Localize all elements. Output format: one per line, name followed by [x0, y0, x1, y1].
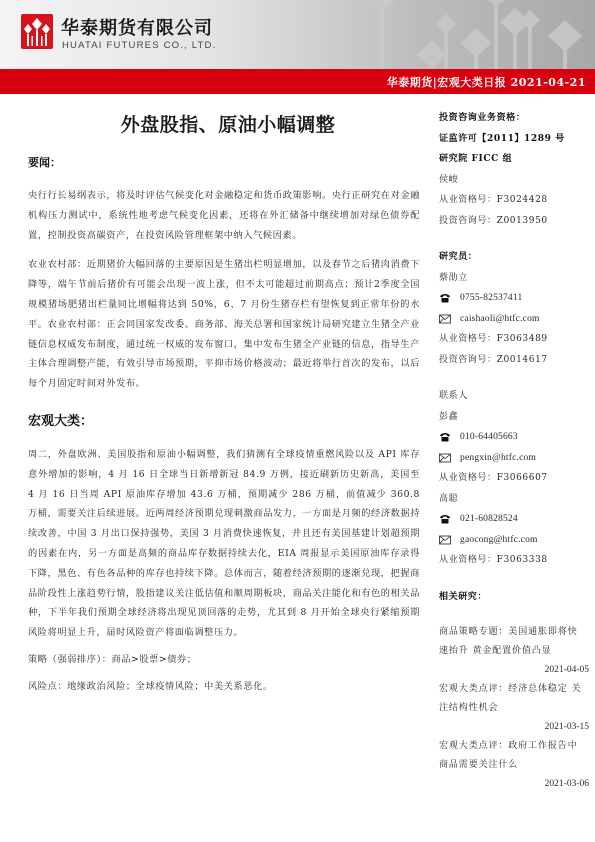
lead-consult-number: 投资咨询号：Z0013950 — [439, 211, 589, 232]
researcher-email[interactable]: caishaoli@htfc.com — [439, 309, 589, 330]
page-title: 外盘股指、原油小幅调整 — [36, 108, 420, 142]
related-research-item[interactable]: 宏观大类点评：经济总体稳定 关注结构性机会 2021-03-15 — [439, 680, 589, 737]
contact-phone-number: 010-64405663 — [460, 427, 518, 448]
related-research-item[interactable]: 宏观大类点评：政府工作报告中商品需要关注什么 2021-03-06 — [439, 737, 589, 794]
company-name-cn: 华泰期货有限公司 — [61, 14, 213, 40]
related-research-title[interactable]: 宏观大类点评：经济总体稳定 关注结构性机会 — [439, 680, 585, 718]
news-paragraph: 农业农村部：近期猪价大幅回落的主要原因是生猪出栏明显增加，以及春节之后猪肉消费下… — [28, 255, 420, 394]
report-series-date: 华泰期货|宏观大类日报 2021-04-21 — [387, 74, 586, 90]
strategy-text: 策略（强弱排序）：商品>股票>债券； — [28, 650, 420, 670]
researcher-phone-number: 0755-82537411 — [460, 288, 522, 309]
report-header: 华泰期货有限公司 HUATAI FUTURES CO., LTD. — [0, 0, 595, 69]
news-heading: 要闻： — [28, 154, 420, 170]
lead-practice-number: 从业资格号：F3024428 — [439, 190, 589, 211]
contact-email[interactable]: gaocong@htfc.com — [439, 530, 589, 551]
qualification-label: 投资咨询业务资格： — [439, 108, 589, 129]
contact-phone-number: 021-60828524 — [460, 509, 518, 530]
news-paragraph: 央行行长易纲表示，将及时评估气候变化对金融稳定和货币政策影响。央行正研究在对金融… — [28, 186, 420, 245]
researcher-email-address[interactable]: caishaoli@htfc.com — [460, 309, 540, 330]
contact-phone: 021-60828524 — [439, 509, 589, 530]
author-sidebar: 投资咨询业务资格： 证监许可【2011】1289 号 研究院 FICC 组 侯峻… — [439, 108, 589, 794]
contact-practice-number: 从业资格号：F3066607 — [439, 468, 589, 489]
macro-heading: 宏观大类： — [28, 410, 420, 429]
contact-practice-number: 从业资格号：F3063338 — [439, 550, 589, 571]
related-research-item[interactable]: 商品策略专题：美国通胀即将快速抬升 黄金配置价值凸显 2021-04-05 — [439, 623, 589, 680]
contact-phone: 010-64405663 — [439, 427, 589, 448]
contact-email[interactable]: pengxin@htfc.com — [439, 448, 589, 469]
main-content: 外盘股指、原油小幅调整 要闻： 央行行长易纲表示，将及时评估气候变化对金融稳定和… — [28, 108, 420, 697]
related-research-date: 2021-03-15 — [439, 718, 589, 737]
researcher-label: 研究员： — [439, 247, 589, 268]
related-research-date: 2021-03-06 — [439, 775, 589, 794]
huatai-logo-icon — [21, 14, 53, 49]
department: 研究院 FICC 组 — [439, 149, 589, 170]
phone-icon — [439, 293, 451, 303]
macro-paragraph: 周二，外盘欧洲、美国股指和原油小幅调整，我们猜测有全球疫情重燃风险以及 API … — [28, 445, 420, 643]
related-research-title[interactable]: 商品策略专题：美国通胀即将快速抬升 黄金配置价值凸显 — [439, 623, 585, 661]
report-banner: 华泰期货|宏观大类日报 2021-04-21 — [0, 69, 595, 94]
related-research-date: 2021-04-05 — [439, 661, 589, 680]
related-research-list: 商品策略专题：美国通胀即将快速抬升 黄金配置价值凸显 2021-04-05 宏观… — [439, 623, 589, 794]
license-number: 证监许可【2011】1289 号 — [439, 129, 589, 150]
envelope-icon — [439, 314, 451, 324]
researcher-name: 蔡劭立 — [439, 268, 589, 289]
contact-email-address[interactable]: gaocong@htfc.com — [460, 530, 538, 551]
phone-icon — [439, 514, 451, 524]
envelope-icon — [439, 453, 451, 463]
lead-analyst-name: 侯峻 — [439, 170, 589, 191]
researcher-phone: 0755-82537411 — [439, 288, 589, 309]
researcher-consult-number: 投资咨询号：Z0014617 — [439, 350, 589, 371]
risk-points-text: 风险点：地缘政治风险；全球疫情风险；中美关系恶化。 — [28, 677, 420, 697]
company-name-en: HUATAI FUTURES CO., LTD. — [62, 40, 216, 51]
envelope-icon — [439, 535, 451, 545]
related-research-title[interactable]: 宏观大类点评：政府工作报告中商品需要关注什么 — [439, 737, 585, 775]
contact-name: 彭鑫 — [439, 407, 589, 428]
contact-email-address[interactable]: pengxin@htfc.com — [460, 448, 536, 469]
phone-icon — [439, 432, 451, 442]
contact-label: 联系人 — [439, 386, 589, 407]
researcher-practice-number: 从业资格号：F3063489 — [439, 329, 589, 350]
contact-name: 高聪 — [439, 489, 589, 510]
related-research-label: 相关研究： — [439, 587, 589, 608]
